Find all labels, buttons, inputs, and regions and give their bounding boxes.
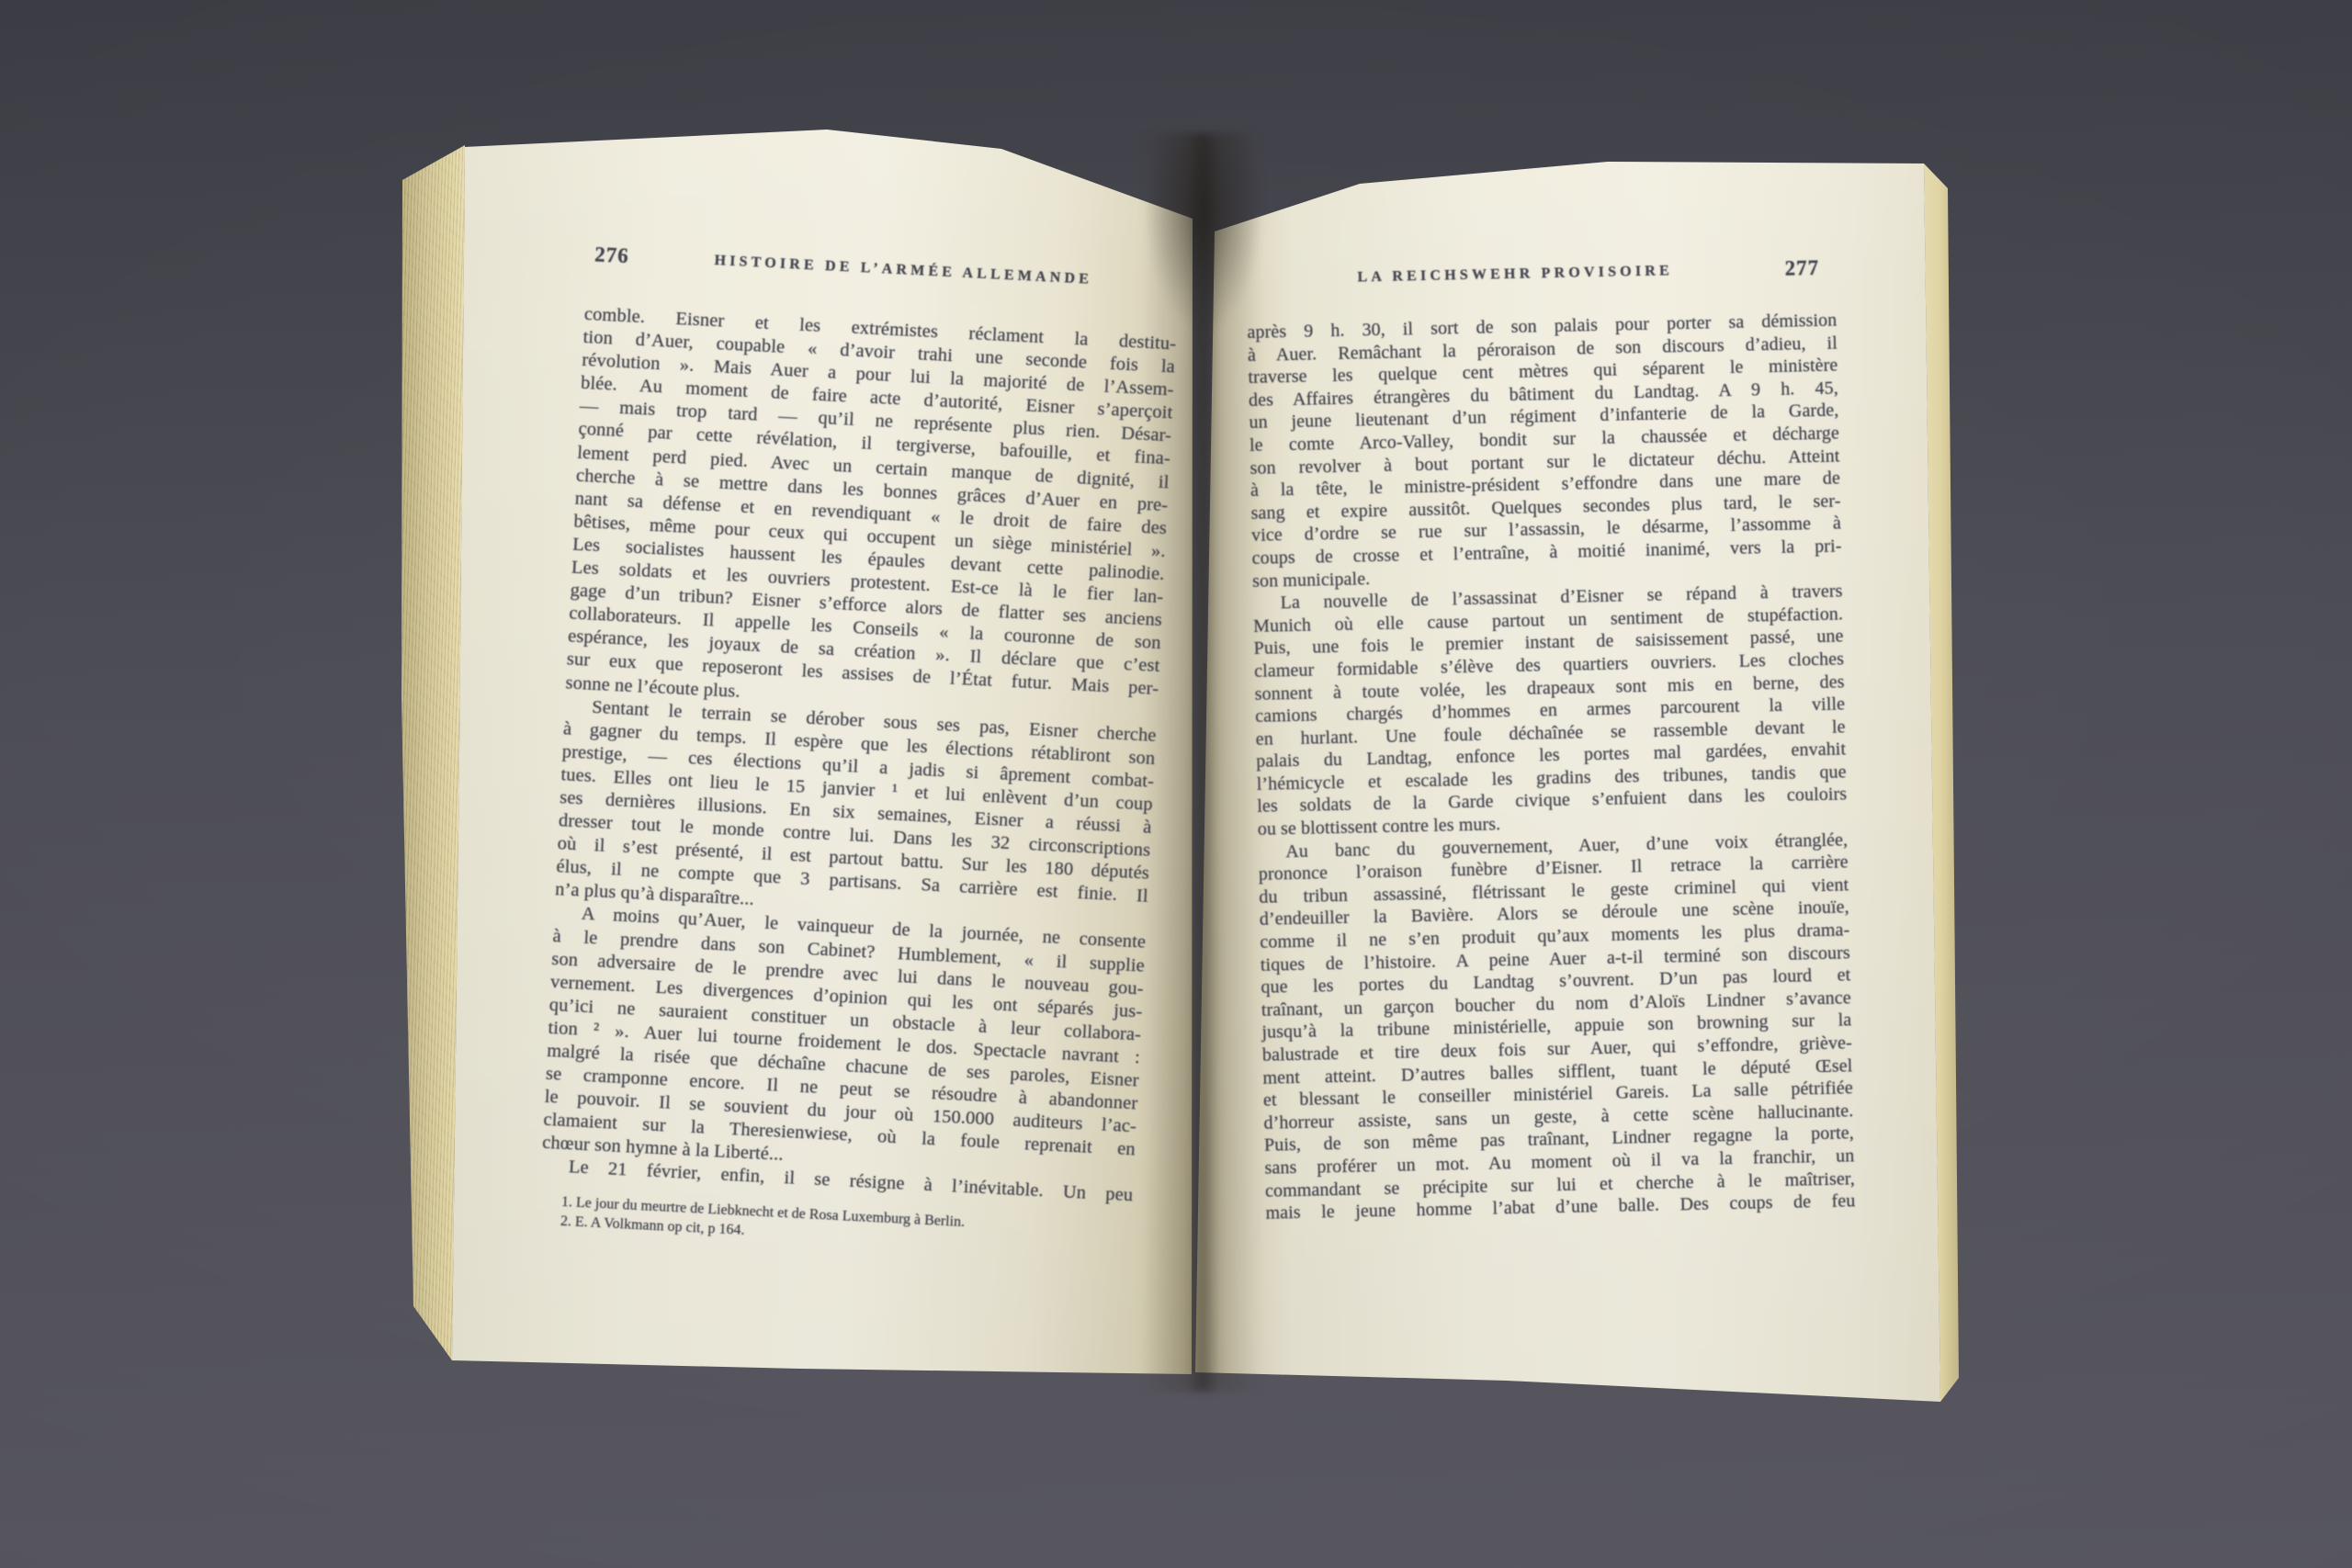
paragraph: A moins qu’Auer, le vainqueur de la jour… <box>542 902 1147 1185</box>
paragraph: Au banc du gouvernement, Auer, d’une voi… <box>1258 829 1856 1224</box>
right-page-body: après 9 h. 30, il sort de son palais pou… <box>1247 310 1855 1225</box>
right-page-content: LA REICHSWEHR PROVISOIRE 277 après 9 h. … <box>1246 256 1856 1225</box>
paragraph: après 9 h. 30, il sort de son palais pou… <box>1247 310 1842 593</box>
left-page-body: comble. Eisner et les extrémistes réclam… <box>540 303 1176 1208</box>
left-page-number: 276 <box>594 241 629 270</box>
paragraph: comble. Eisner et les extrémistes réclam… <box>565 303 1177 725</box>
paragraph: La nouvelle de l’assassinat d’Eisner se … <box>1252 581 1848 841</box>
book-photo-scene: 276 HISTOIRE DE L’ARMÉE ALLEMANDE comble… <box>0 0 2352 1568</box>
left-page-content: 276 HISTOIRE DE L’ARMÉE ALLEMANDE comble… <box>537 241 1180 1259</box>
paragraph: Sentant le terrain se dérober sous ses p… <box>555 694 1158 931</box>
right-page-number: 277 <box>1784 256 1819 281</box>
